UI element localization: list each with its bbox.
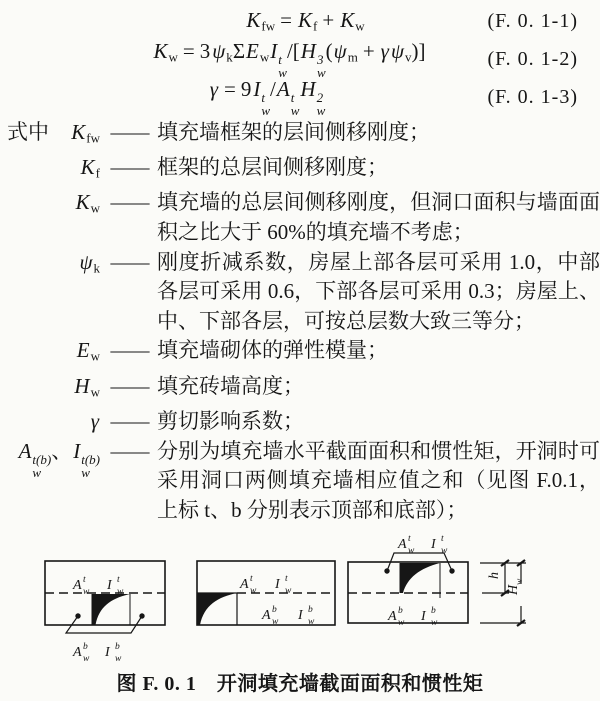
svg-text:b: b [272, 605, 277, 615]
definition-row: Ew —— 填充墙砌体的弹性模量； [0, 336, 600, 371]
definition-text: 分别为填充墙水平截面面积和惯性矩，开洞时可采用洞口两侧填充墙相应值之和（见图 F… [157, 437, 600, 526]
svg-text:w: w [115, 654, 122, 664]
svg-text:I: I [420, 609, 427, 624]
definition-row: Hw —— 填充砖墙高度； [0, 372, 600, 407]
svg-text:w: w [83, 654, 90, 664]
svg-text:w: w [272, 617, 279, 627]
svg-text:t: t [441, 534, 444, 544]
definition-row: Kw —— 填充墙的总层间侧移刚度，但洞口面积与墙面面积之比大于 60%的填充墙… [0, 188, 600, 247]
svg-text:A: A [261, 608, 271, 623]
svg-text:b: b [83, 642, 88, 652]
definition-text: 框架的总层间侧移刚度； [157, 153, 600, 183]
definition-row: Kf —— 框架的总层间侧移刚度； [0, 153, 600, 188]
dash: —— [100, 437, 157, 467]
svg-text:b: b [308, 605, 313, 615]
svg-text:A: A [397, 537, 407, 552]
svg-text:I: I [104, 645, 111, 660]
svg-text:t: t [285, 574, 288, 584]
definition-row: 式中 Kfw —— 填充墙框架的层间侧移刚度； [0, 118, 600, 153]
svg-text:t: t [117, 575, 120, 585]
symbol: Ew [76, 336, 100, 371]
figure-f01: AtwItwAbwIbwAtwItwAbwIbwAtwItwAbwIbwhHw [0, 533, 600, 668]
symbol: Kw [75, 188, 100, 223]
figure-labels: AtwItwAbwIbwAtwItwAbwIbwAtwItwAbwIbwhHw [72, 534, 525, 664]
definition-text: 填充墙的总层间侧移刚度，但洞口面积与墙面面积之比大于 60%的填充墙不考虑； [157, 188, 600, 247]
svg-text:h: h [487, 572, 502, 579]
symbol: Kf [80, 153, 100, 188]
formula-number: (F. 0. 1-1) [487, 10, 578, 33]
formula-row: γ=9Itw/AtwH2w (F. 0. 1-3) [0, 78, 600, 116]
svg-text:t: t [408, 534, 411, 544]
svg-text:w: w [441, 546, 448, 556]
svg-text:w: w [285, 586, 292, 596]
svg-text:A: A [239, 577, 249, 592]
svg-text:A: A [72, 578, 82, 593]
svg-text:t: t [83, 575, 86, 585]
figure-caption: 图 F. 0. 1 开洞填充墙截面面积和惯性矩 [0, 667, 600, 696]
dash: —— [100, 336, 157, 366]
svg-text:w: w [117, 587, 124, 597]
svg-text:w: w [83, 587, 90, 597]
definition-text: 填充砖墙高度； [157, 372, 600, 402]
opening-shade-wedge [197, 593, 237, 625]
wall-diagram-1 [45, 561, 165, 633]
formula-row: Kfw=Kf+Kw (F. 0. 1-1) [0, 2, 600, 40]
dash: —— [100, 153, 157, 183]
dash: —— [100, 118, 157, 148]
definition-text: 刚度折减系数，房屋上部各层可采用 1.0，中部各层可采用 0.6，下部各层可采用… [157, 248, 600, 337]
svg-text:b: b [431, 606, 436, 616]
svg-text:t: t [250, 574, 253, 584]
document-page: Kfw=Kf+Kw (F. 0. 1-1) Kw=3ψkΣEwItw/[H3w(… [0, 0, 600, 701]
definition-text: 填充墙砌体的弹性模量； [157, 336, 600, 366]
svg-text:w: w [308, 617, 315, 627]
opening-shade-wedge [92, 594, 130, 625]
definition-text: 剪切影响系数； [157, 407, 600, 437]
svg-text:I: I [106, 578, 113, 593]
dash: —— [100, 407, 157, 437]
formula-row: Kw=3ψkΣEwItw/[H3w(ψm+γψv)] (F. 0. 1-2) [0, 40, 600, 78]
svg-text:w: w [408, 546, 415, 556]
symbol: At(b)w、It(b)w [18, 437, 100, 480]
svg-text:A: A [387, 609, 397, 624]
symbol: γ [90, 407, 100, 437]
dash: —— [100, 248, 157, 278]
svg-text:I: I [297, 608, 304, 623]
where-label: 式中 [7, 118, 49, 148]
symbol: Hw [73, 372, 100, 407]
svg-text:w: w [431, 618, 438, 628]
formula-block: Kfw=Kf+Kw (F. 0. 1-1) Kw=3ψkΣEwItw/[H3w(… [0, 2, 600, 116]
definition-row: γ —— 剪切影响系数； [0, 407, 600, 437]
definition-list: 式中 Kfw —— 填充墙框架的层间侧移刚度； Kf —— 框架的总层间侧移刚度… [0, 118, 600, 525]
svg-text:b: b [115, 642, 120, 652]
svg-text:I: I [274, 577, 281, 592]
symbol: ψk [78, 248, 100, 283]
formula-number: (F. 0. 1-2) [487, 48, 578, 71]
svg-text:A: A [72, 645, 82, 660]
definition-row: At(b)w、It(b)w —— 分别为填充墙水平截面面积和惯性矩，开洞时可采用… [0, 437, 600, 526]
wall-diagram-3 [348, 553, 468, 623]
svg-text:I: I [430, 537, 437, 552]
formula-equation: γ=9Itw/AtwH2w [0, 77, 534, 118]
definition-text: 填充墙框架的层间侧移刚度； [157, 118, 600, 148]
svg-text:w: w [398, 618, 405, 628]
svg-text:w: w [515, 578, 525, 585]
svg-text:b: b [398, 606, 403, 616]
dash: —— [100, 188, 157, 218]
opening-shade-wedge [400, 563, 440, 593]
symbol: Kfw [70, 118, 100, 153]
formula-number: (F. 0. 1-3) [487, 86, 578, 109]
svg-text:w: w [250, 586, 257, 596]
definition-row: ψk —— 刚度折减系数，房屋上部各层可采用 1.0，中部各层可采用 0.6，下… [0, 248, 600, 337]
dash: —— [100, 372, 157, 402]
